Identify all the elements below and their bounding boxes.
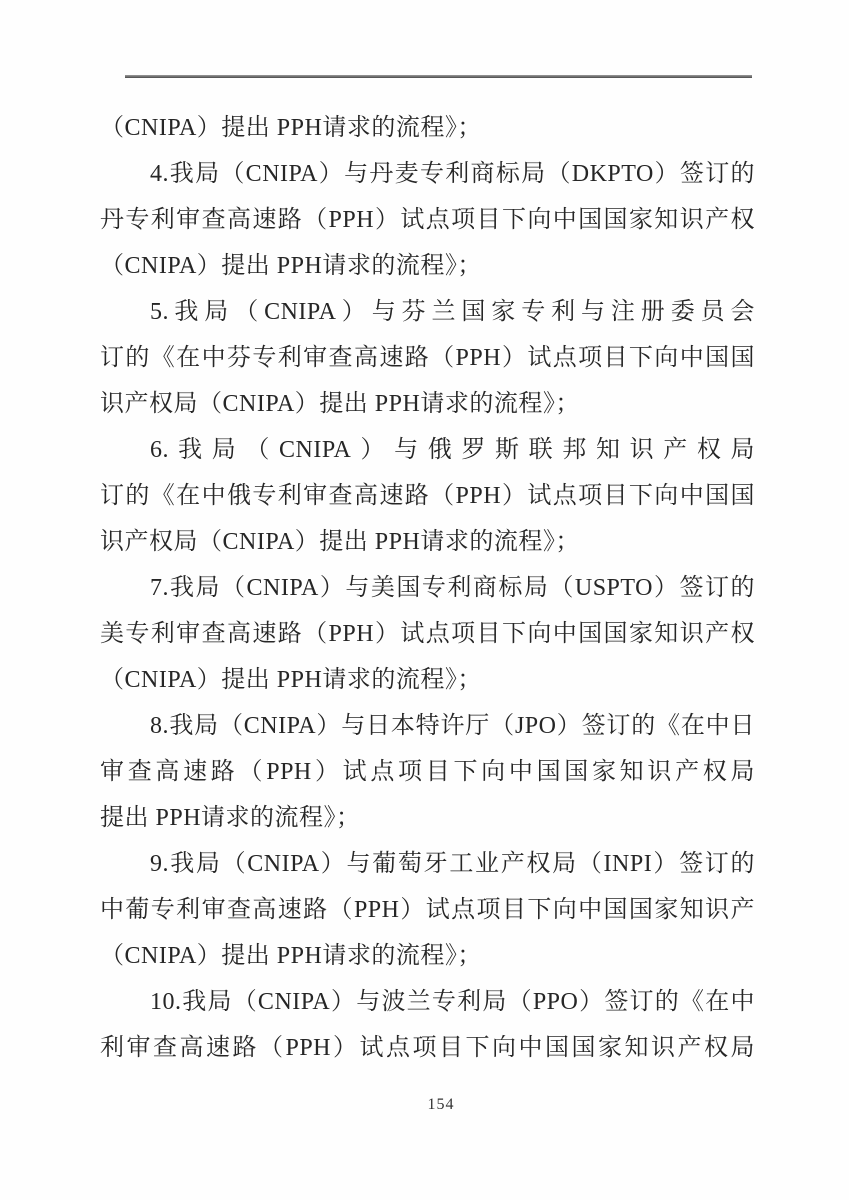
text-line: 7.我局（CNIPA）与美国专利商标局（USPTO）签订的《在中 bbox=[100, 565, 755, 611]
text-line: （CNIPA）提出 PPH请求的流程》； bbox=[100, 105, 755, 151]
paragraph: 10.我局（CNIPA）与波兰专利局（PPO）签订的《在中波专利审查高速路（PP… bbox=[100, 979, 755, 1071]
paragraph: 5.我局（CNIPA）与芬兰国家专利与注册委员会（NBPR）签订的《在中芬专利审… bbox=[100, 289, 755, 427]
text-line: 订的《在中芬专利审查高速路（PPH）试点项目下向中国国家知 bbox=[100, 335, 755, 381]
text-line: 5.我局（CNIPA）与芬兰国家专利与注册委员会（NBPR）签 bbox=[100, 289, 755, 335]
text-line: （CNIPA）提出 PPH请求的流程》； bbox=[100, 243, 755, 289]
text-line: 9.我局（CNIPA）与葡萄牙工业产权局（INPI）签订的《在 bbox=[100, 841, 755, 887]
text-line: 10.我局（CNIPA）与波兰专利局（PPO）签订的《在中波专 bbox=[100, 979, 755, 1025]
paragraph: （CNIPA）提出 PPH请求的流程》； bbox=[100, 105, 755, 151]
text-line: 8.我局（CNIPA）与日本特许厅（JPO）签订的《在中日专利 bbox=[100, 703, 755, 749]
text-line: 审查高速路（PPH）试点项目下向中国国家知识产权局（CNIPA） bbox=[100, 749, 755, 795]
text-line: （CNIPA）提出 PPH请求的流程》； bbox=[100, 657, 755, 703]
text-line: 美专利审查高速路（PPH）试点项目下向中国国家知识产权局 bbox=[100, 611, 755, 657]
paragraph: 9.我局（CNIPA）与葡萄牙工业产权局（INPI）签订的《在中葡专利审查高速路… bbox=[100, 841, 755, 979]
page-number: 154 bbox=[33, 1096, 849, 1114]
text-line: （CNIPA）提出 PPH请求的流程》； bbox=[100, 933, 755, 979]
header-rule bbox=[125, 75, 752, 78]
text-line: 订的《在中俄专利审查高速路（PPH）试点项目下向中国国家知 bbox=[100, 473, 755, 519]
text-line: 识产权局（CNIPA）提出 PPH请求的流程》； bbox=[100, 381, 755, 427]
document-page: （CNIPA）提出 PPH请求的流程》；4.我局（CNIPA）与丹麦专利商标局（… bbox=[0, 0, 849, 1200]
text-line: 提出 PPH请求的流程》； bbox=[100, 795, 755, 841]
text-line: 4.我局（CNIPA）与丹麦专利商标局（DKPTO）签订的《在中 bbox=[100, 151, 755, 197]
paragraph: 4.我局（CNIPA）与丹麦专利商标局（DKPTO）签订的《在中丹专利审查高速路… bbox=[100, 151, 755, 289]
paragraph: 6.我局（CNIPA）与俄罗斯联邦知识产权局（ROSPATENT）签订的《在中俄… bbox=[100, 427, 755, 565]
text-line: 丹专利审查高速路（PPH）试点项目下向中国国家知识产权局 bbox=[100, 197, 755, 243]
text-line: 利审查高速路（PPH）试点项目下向中国国家知识产权局（CNIPA） bbox=[100, 1025, 755, 1071]
paragraph: 8.我局（CNIPA）与日本特许厅（JPO）签订的《在中日专利审查高速路（PPH… bbox=[100, 703, 755, 841]
text-line: 中葡专利审查高速路（PPH）试点项目下向中国国家知识产权局 bbox=[100, 887, 755, 933]
text-line: 6.我局（CNIPA）与俄罗斯联邦知识产权局（ROSPATENT）签 bbox=[100, 427, 755, 473]
document-body: （CNIPA）提出 PPH请求的流程》；4.我局（CNIPA）与丹麦专利商标局（… bbox=[100, 105, 755, 1071]
paragraph: 7.我局（CNIPA）与美国专利商标局（USPTO）签订的《在中美专利审查高速路… bbox=[100, 565, 755, 703]
text-line: 识产权局（CNIPA）提出 PPH请求的流程》； bbox=[100, 519, 755, 565]
